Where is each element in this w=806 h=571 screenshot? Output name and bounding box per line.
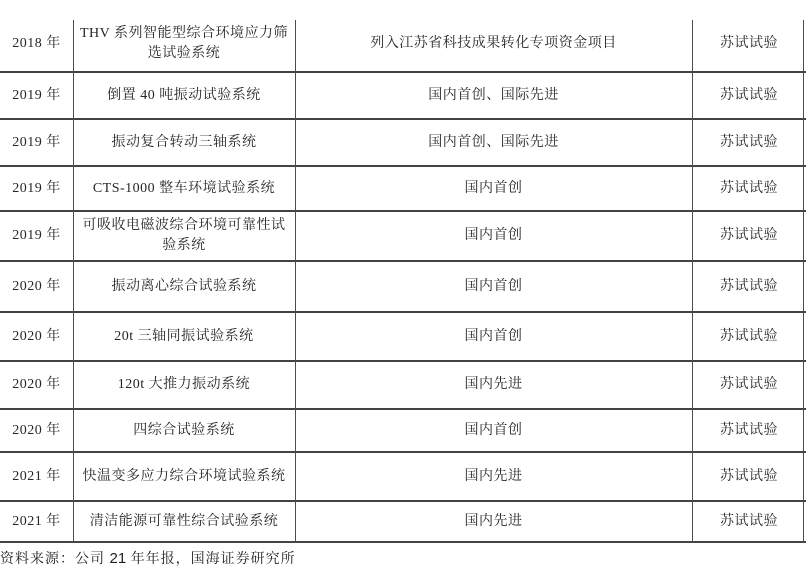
system-cell: CTS-1000 整车环境试验系统 [73,167,295,210]
year-cell: 2018 年 [0,0,73,71]
table-row: 2018 年 THV 系列智能型综合环境应力筛 选试验系统 列入江苏省科技成果转… [0,0,806,73]
year-cell: 2020 年 [0,362,73,408]
system-cell: 120t 大推力振动系统 [73,362,295,408]
system-cell: 清洁能源可靠性综合试验系统 [73,502,295,541]
table-row: 2019 年 可吸收电磁波综合环境可靠性试 验系统 国内首创 苏试试验 [0,212,806,262]
year-cell: 2020 年 [0,262,73,311]
year-cell: 2020 年 [0,410,73,451]
year-cell: 2019 年 [0,120,73,165]
table-row: 2020 年 20t 三轴同振试验系统 国内首创 苏试试验 [0,313,806,362]
table-row: 2019 年 振动复合转动三轴系统 国内首创、国际先进 苏试试验 [0,120,806,167]
company-cell: 苏试试验 [692,120,806,165]
source-note-prefix: 资料来源：公司 [0,552,110,567]
year-cell: 2020 年 [0,313,73,360]
system-cell: THV 系列智能型综合环境应力筛 选试验系统 [73,0,295,71]
table-row: 2019 年 倒置 40 吨振动试验系统 国内首创、国际先进 苏试试验 [0,73,806,120]
achievement-cell: 国内先进 [295,362,692,408]
source-note-number: 21 [110,550,127,567]
system-cell: 振动离心综合试验系统 [73,262,295,311]
achievement-cell: 国内首创 [295,212,692,260]
achievement-cell: 国内先进 [295,502,692,541]
company-cell: 苏试试验 [692,262,806,311]
column-divider [692,20,693,543]
company-cell: 苏试试验 [692,167,806,210]
achievement-cell: 国内首创、国际先进 [295,73,692,118]
table-row: 2019 年 CTS-1000 整车环境试验系统 国内首创 苏试试验 [0,167,806,212]
achievement-cell: 国内首创 [295,313,692,360]
company-cell: 苏试试验 [692,73,806,118]
table-row: 2020 年 120t 大推力振动系统 国内先进 苏试试验 [0,362,806,410]
year-cell: 2021 年 [0,453,73,500]
table-row: 2021 年 清洁能源可靠性综合试验系统 国内先进 苏试试验 [0,502,806,543]
year-cell: 2021 年 [0,502,73,541]
company-cell: 苏试试验 [692,212,806,260]
system-cell: 四综合试验系统 [73,410,295,451]
table-row: 2021 年 快温变多应力综合环境试验系统 国内先进 苏试试验 [0,453,806,502]
column-divider [295,20,296,543]
achievement-cell: 国内首创、国际先进 [295,120,692,165]
system-cell: 快温变多应力综合环境试验系统 [73,453,295,500]
achievement-cell: 国内首创 [295,167,692,210]
system-cell: 20t 三轴同振试验系统 [73,313,295,360]
table-row: 2020 年 振动离心综合试验系统 国内首创 苏试试验 [0,262,806,313]
year-cell: 2019 年 [0,167,73,210]
system-cell: 倒置 40 吨振动试验系统 [73,73,295,118]
table-right-border [803,20,804,543]
report-page: 2018 年 THV 系列智能型综合环境应力筛 选试验系统 列入江苏省科技成果转… [0,0,806,571]
system-cell: 可吸收电磁波综合环境可靠性试 验系统 [73,212,295,260]
source-note-suffix: 年年报，国海证券研究所 [126,552,296,567]
company-cell: 苏试试验 [692,313,806,360]
achievement-cell: 国内首创 [295,410,692,451]
achievements-table: 2018 年 THV 系列智能型综合环境应力筛 选试验系统 列入江苏省科技成果转… [0,0,806,543]
company-cell: 苏试试验 [692,0,806,71]
year-cell: 2019 年 [0,212,73,260]
company-cell: 苏试试验 [692,362,806,408]
achievement-cell: 列入江苏省科技成果转化专项资金项目 [295,0,692,71]
achievement-cell: 国内首创 [295,262,692,311]
company-cell: 苏试试验 [692,453,806,500]
column-divider [73,20,74,543]
company-cell: 苏试试验 [692,502,806,541]
year-cell: 2019 年 [0,73,73,118]
company-cell: 苏试试验 [692,410,806,451]
achievement-cell: 国内先进 [295,453,692,500]
source-note: 资料来源：公司 21 年年报，国海证券研究所 [0,548,806,568]
system-cell: 振动复合转动三轴系统 [73,120,295,165]
table-row: 2020 年 四综合试验系统 国内首创 苏试试验 [0,410,806,453]
